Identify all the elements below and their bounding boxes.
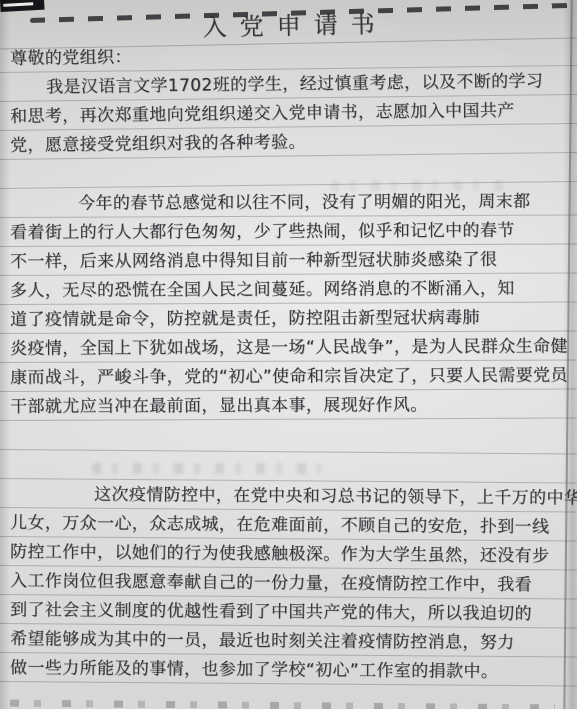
handwritten-line: 这次疫情防控中，在党中央和习总书记的领导下，上千万的中华 [0, 479, 577, 513]
ink-bleed-smudge [92, 463, 322, 474]
ink-bleed-smudge [330, 180, 510, 191]
blank-ruled-line [0, 421, 577, 455]
handwritten-line: 干部就尤应当冲在最前面，显出真本事，展现好作风。 [0, 389, 577, 421]
handwritten-line: 看着街上的行人大都行色匆匆，少了些热闹，似乎和记忆中的春节 [0, 215, 577, 247]
handwritten-line: 今年的春节总感觉和以往不同，没有了明媚的阳光，周末都 [0, 186, 577, 218]
handwritten-text-block: 尊敬的党组织： 我是汉语言文学1702班的学生，经过慎重考虑，以及不断的学习 和… [0, 44, 577, 682]
handwritten-line: 做一些力所能及的事情，也参加了学校“初心”工作室的捐款中。 [0, 653, 577, 687]
notebook-page-photo: 入党申请书 尊敬的党组织： 我是汉语言文学1702班的学生，经过慎重考虑，以及不… [0, 0, 577, 709]
handwritten-line: 不一样，后来从网络消息中得知目前一种新型冠状肺炎感染了很 [0, 244, 577, 276]
handwritten-line: 道了疫情就是命令，防控就是责任，防控阻击新型冠状病毒肺 [0, 302, 577, 334]
cut-off-handwriting [10, 700, 555, 709]
handwritten-line: 防控工作中，以她们的行为使我感触极深。作为大学生虽然，还没有步 [0, 537, 577, 571]
handwritten-line: 康而战斗，严峻斗争，党的“初心”使命和宗旨决定了，只要人民需要党员 [0, 360, 577, 392]
handwritten-line: 希望能够成为其中的一员，最近也时刻关注着疫情防控消息，努力 [0, 624, 577, 658]
handwritten-line: 入工作岗位但我愿意奉献自己的一份力量，在疫情防控工作中，我看 [0, 566, 577, 600]
handwritten-line: 多人，无尽的恐慌在全国人民之间蔓延。网络消息的不断涌入，知 [0, 273, 577, 305]
handwritten-line: 到了社会主义制度的优越性看到了中国共产党的伟大，所以我迫切的 [0, 595, 577, 629]
handwritten-line: 儿女，万众一心，众志成城，在危难面前，不顾自己的安危，扑到一线 [0, 508, 577, 542]
left-edge-shadow [0, 0, 10, 709]
handwritten-line: 炎疫情，全国上下犹如战场，这是一场“人民战争”，是为人民群众生命健 [0, 331, 577, 363]
